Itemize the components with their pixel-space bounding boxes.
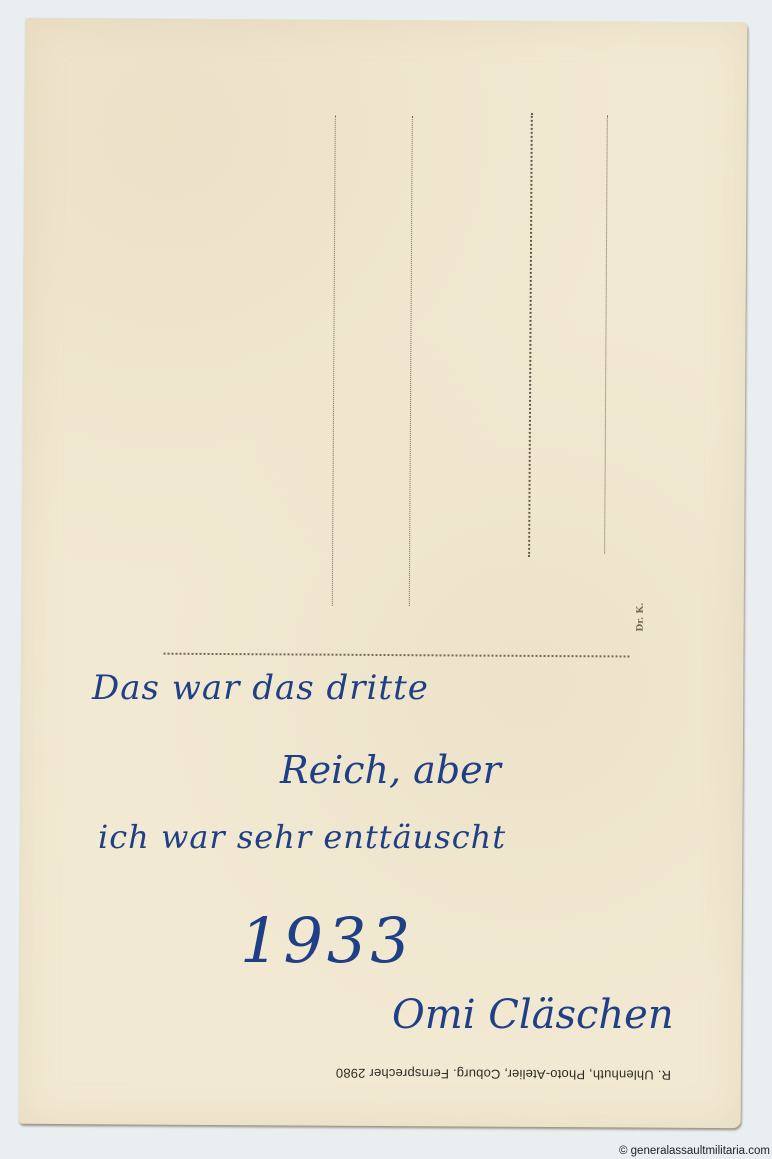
address-line-2 xyxy=(409,116,413,606)
handwritten-year: 1933 xyxy=(240,904,414,977)
address-line-1 xyxy=(332,116,336,606)
address-line-3 xyxy=(604,115,608,553)
copyright-watermark: © generalassaultmilitaria.com xyxy=(619,1145,770,1157)
handwritten-line-1: Das war das dritte xyxy=(92,668,429,708)
divider-line xyxy=(528,113,533,557)
baseline-rule xyxy=(163,653,629,658)
handwritten-line-3: ich war sehr enttäuscht xyxy=(98,818,506,856)
printer-mark: Dr. K. xyxy=(636,603,646,632)
handwritten-line-2: Reich, aber xyxy=(280,748,501,792)
handwritten-signature: Omi Cläschen xyxy=(392,992,674,1038)
photographer-imprint: R. Uhlenhuth, Photo-Atelier, Coburg. Fer… xyxy=(111,1064,671,1082)
